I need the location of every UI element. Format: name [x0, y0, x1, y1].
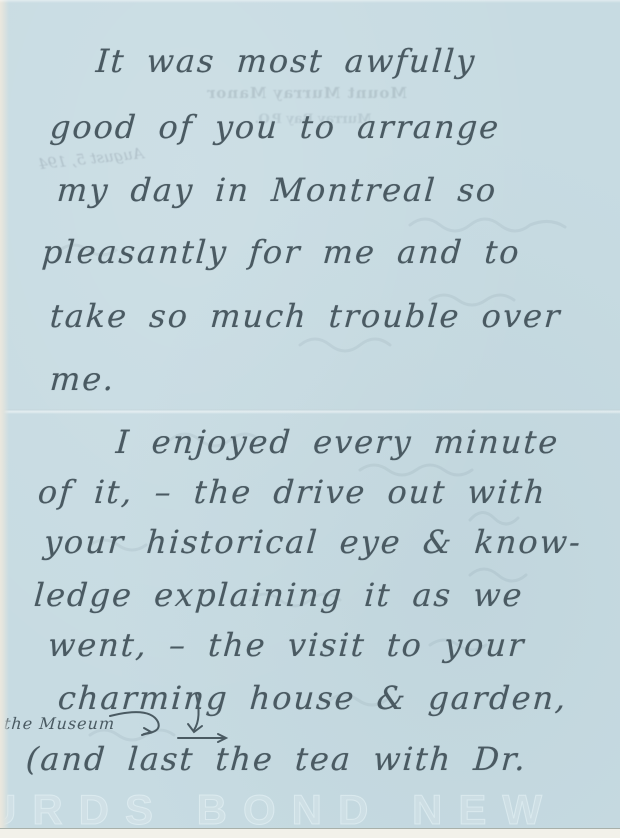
- scan-edge-left: [0, 0, 9, 838]
- scan-edge-bottom: [0, 828, 620, 838]
- letter-page: Mount Murray Manor Murray Bay P.Q. Augus…: [0, 0, 620, 838]
- insertion-arrow-icon: [0, 0, 620, 838]
- scan-edge-top: [0, 0, 620, 3]
